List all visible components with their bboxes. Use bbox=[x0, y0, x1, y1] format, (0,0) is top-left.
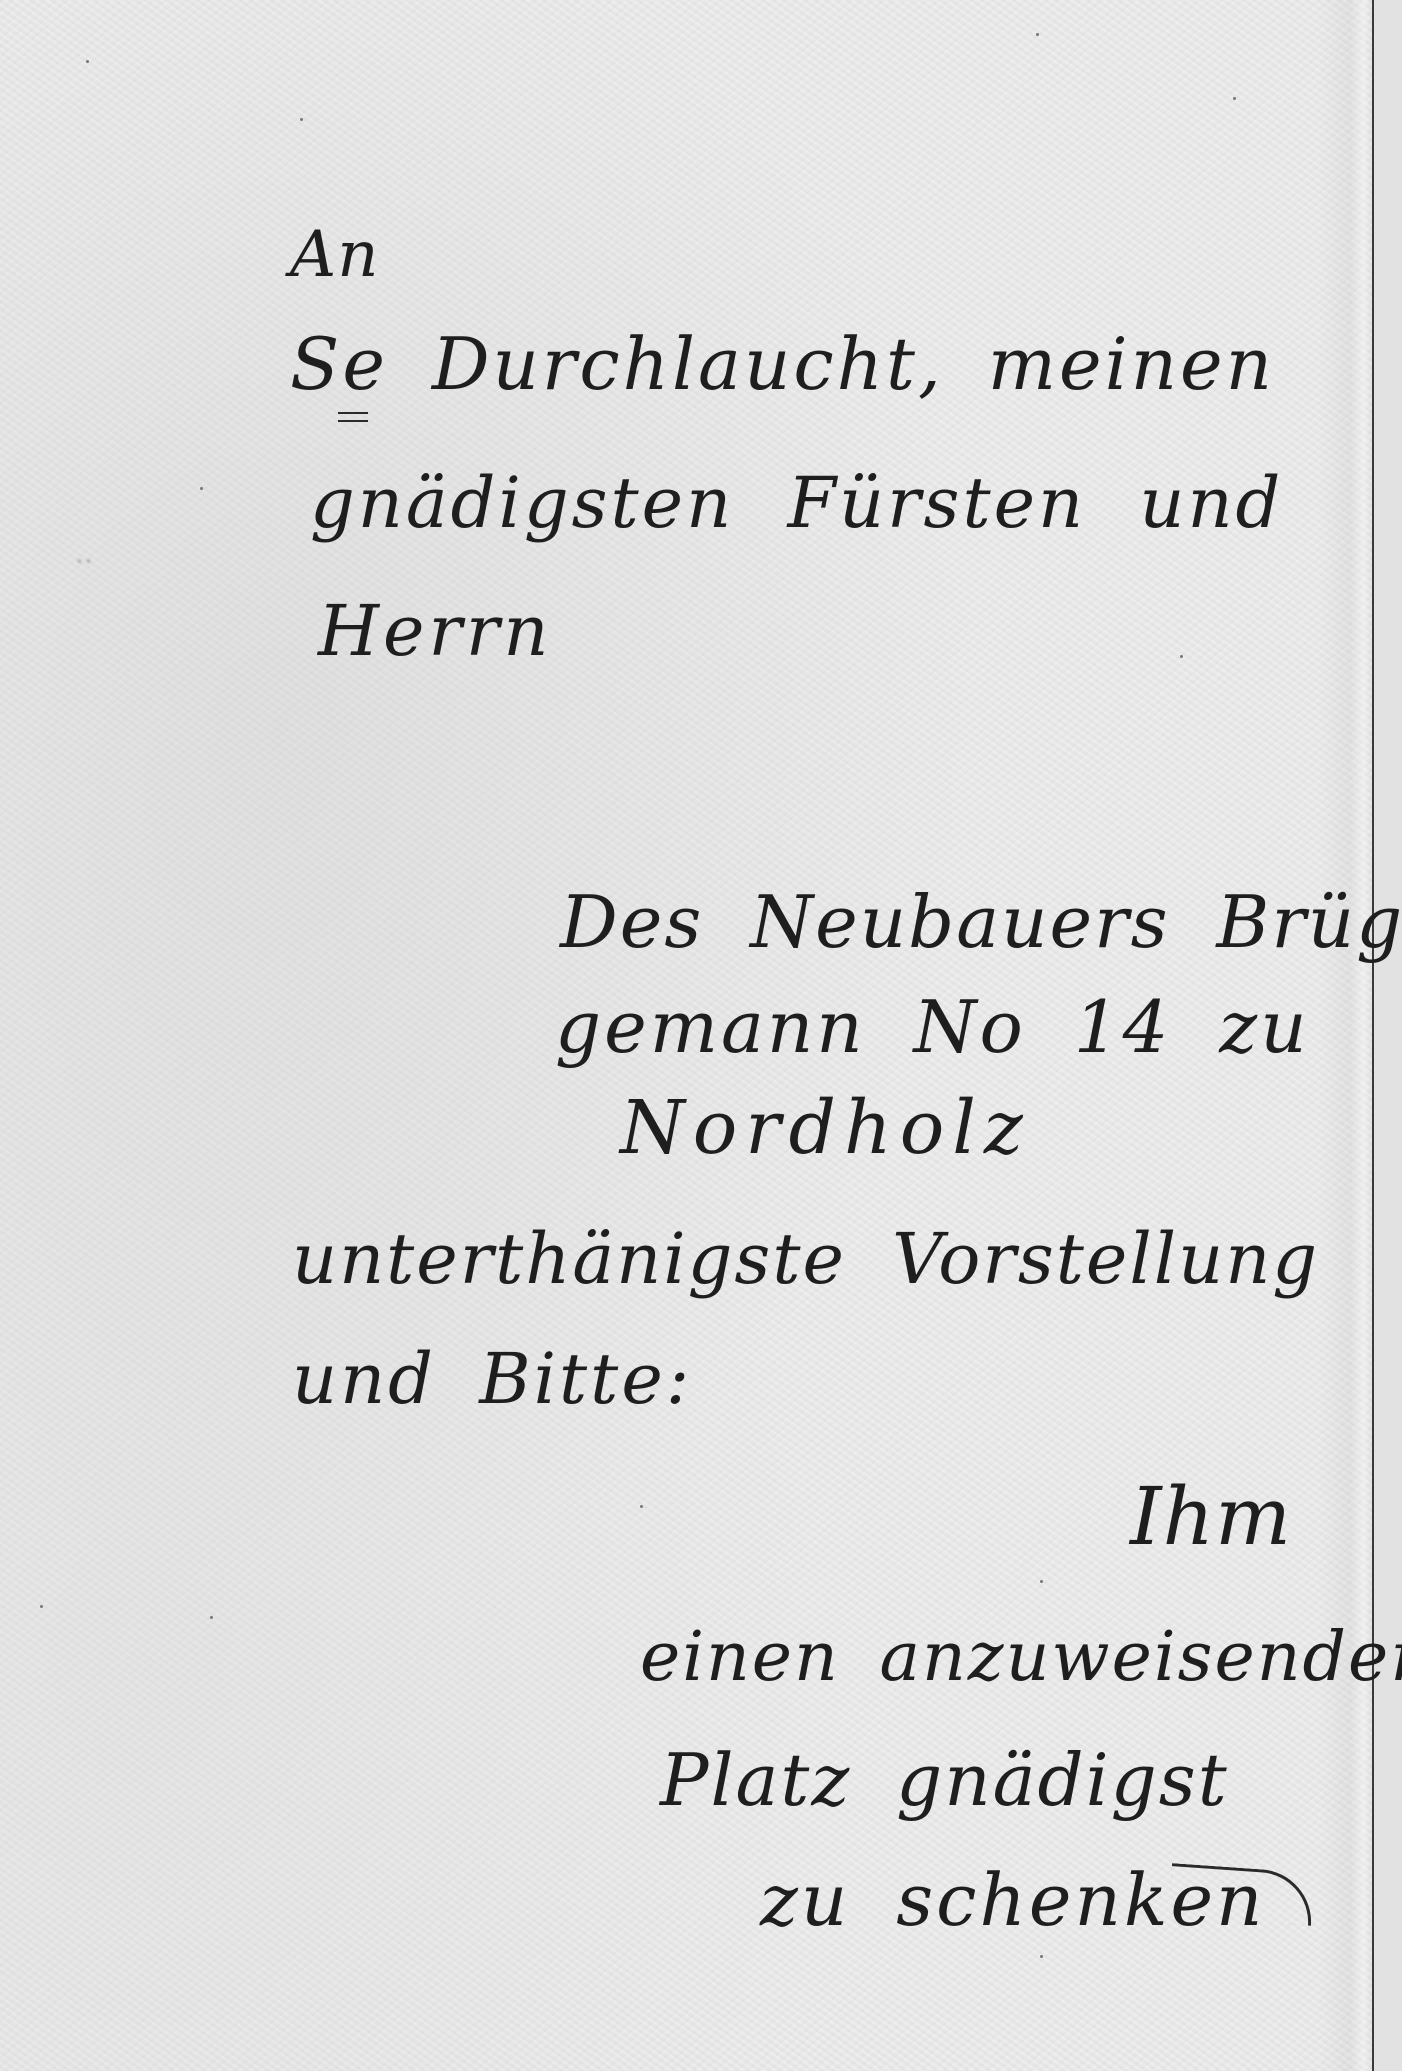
salutation-an: An bbox=[290, 218, 379, 292]
document-page: ·· An Se Durchlaucht, meinen gnädigsten … bbox=[0, 0, 1402, 2071]
petition-title-line1: unterthänigste Vorstellung bbox=[292, 1218, 1319, 1300]
address-line-fuersten: gnädigsten Fürsten und bbox=[310, 462, 1283, 544]
request-line-ihm: Ihm bbox=[1130, 1470, 1292, 1563]
adjacent-page-strip bbox=[1374, 0, 1402, 2071]
page-edge-line bbox=[1372, 0, 1374, 2071]
address-line-herrn: Herrn bbox=[318, 590, 552, 672]
address-line-durchlaucht: Se Durchlaucht, meinen bbox=[290, 322, 1275, 406]
petition-title-line2: und Bitte: bbox=[292, 1338, 692, 1420]
subject-line-place: Nordholz bbox=[620, 1085, 1031, 1171]
request-line-anzuweisenden: einen anzuweisenden bbox=[640, 1618, 1402, 1697]
margin-ink-mark: ·· bbox=[76, 552, 132, 574]
page-fold-shadow bbox=[1318, 0, 1372, 2071]
subject-line-number: gemann No 14 zu bbox=[555, 985, 1310, 1069]
abbreviation-underline bbox=[338, 412, 368, 422]
subject-line-neubauer: Des Neubauers Brüg- bbox=[560, 880, 1402, 964]
closing-flourish bbox=[1168, 1863, 1314, 1926]
request-line-platz: Platz gnädigst bbox=[660, 1738, 1229, 1822]
